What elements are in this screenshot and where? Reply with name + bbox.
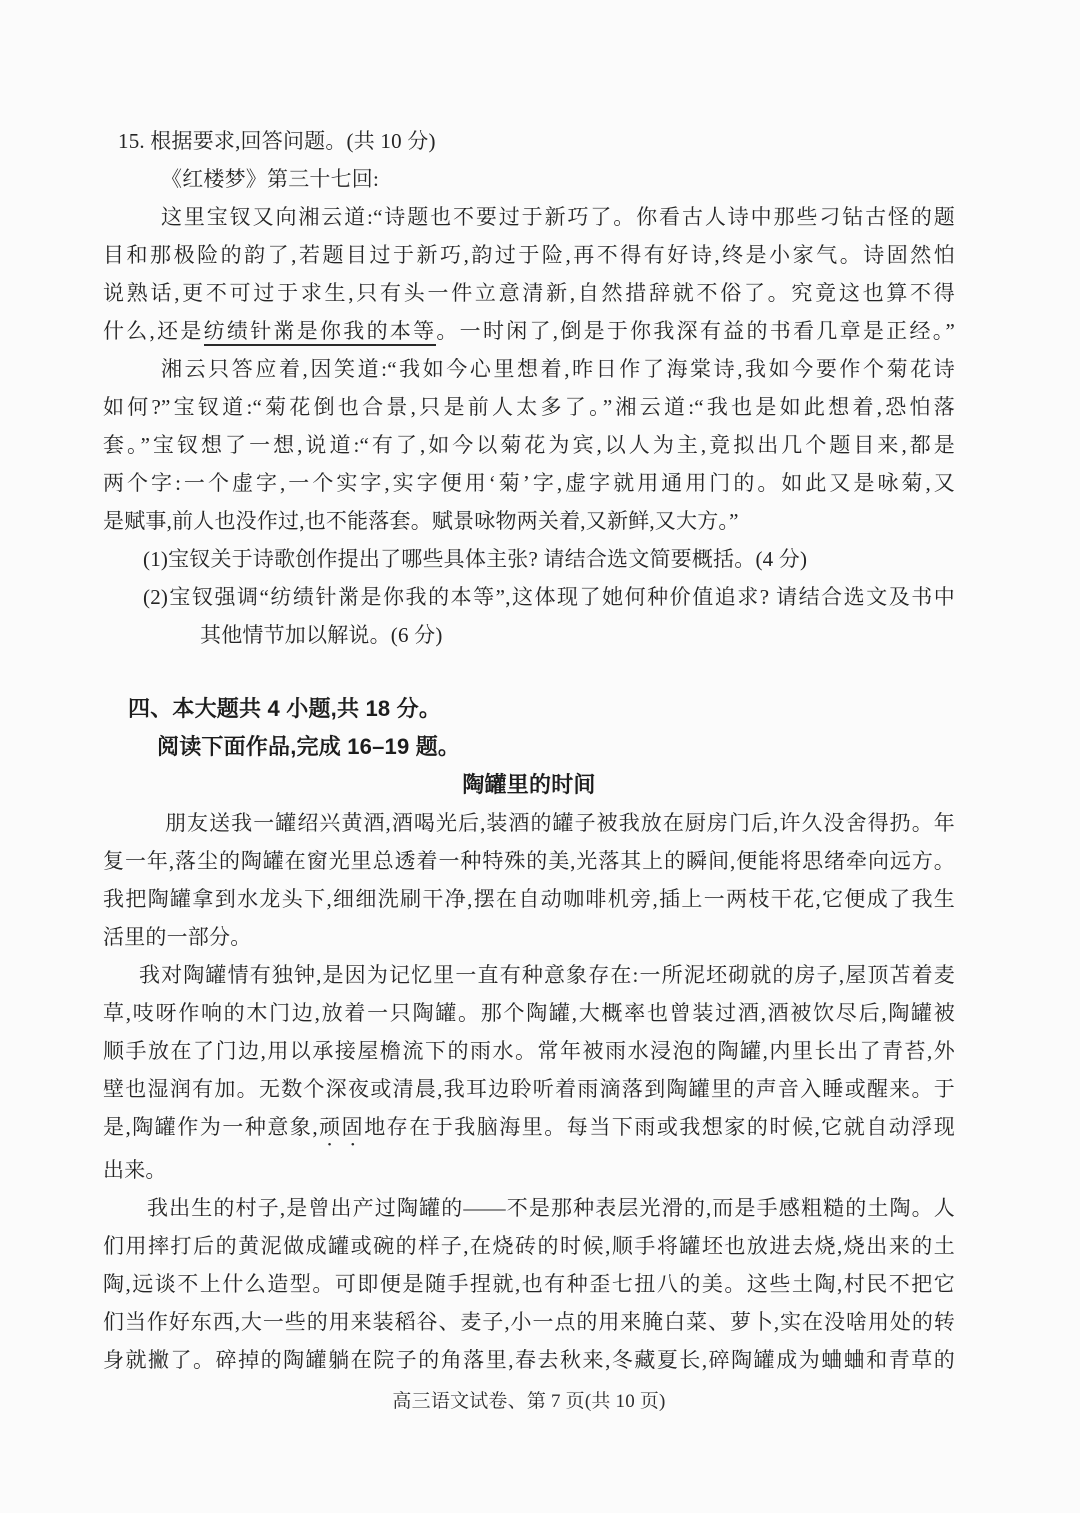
essay-para2-line: 我对陶罐情有独钟,是因为记忆里一直有种意象存在:一所泥坯砌就的房子,屋顶苫着麦 bbox=[103, 956, 955, 994]
essay-para1-line: 复一年,落尘的陶罐在窗光里总透着一种特殊的美,光落其上的瞬间,便能将思绪牵向远方… bbox=[103, 842, 955, 880]
question-15-sub2: (2)宝钗强调“纺绩针黹是你我的本等”,这体现了她何种价值追求? 请结合选文及书… bbox=[143, 578, 955, 616]
passage2-line: 两个字:一个虚字,一个实字,实字便用‘菊’字,虚字就用通用门的。如此又是咏菊,又 bbox=[103, 464, 955, 502]
essay-para1-line: 我把陶罐拿到水龙头下,细细洗刷干净,摆在自动咖啡机旁,插上一两枝干花,它便成了我… bbox=[103, 880, 955, 918]
essay-para2-line: 顺手放在了门边,用以承接屋檐流下的雨水。常年被雨水浸泡的陶罐,内里长出了青苔,外 bbox=[103, 1032, 955, 1070]
passage1-line: 什么,还是纺绩针黹是你我的本等。一时闲了,倒是于你我深有益的书看几章是正经。” bbox=[103, 312, 955, 350]
essay-para2-line: 出来。 bbox=[103, 1151, 955, 1189]
question-15-source: 《红楼梦》第三十七回: bbox=[103, 160, 955, 198]
exam-page: 15. 根据要求,回答问题。(共 10 分) 《红楼梦》第三十七回: 这里宝钗又… bbox=[0, 0, 1080, 1513]
essay-para2-line-post: 地存在于我脑海里。每当下雨或我想家的时候,它就自动浮现 bbox=[364, 1115, 955, 1139]
essay-para1-line: 活里的一部分。 bbox=[103, 918, 955, 956]
underlined-phrase: 纺绩针黹是你我的本等 bbox=[204, 319, 437, 346]
passage1-line-pre: 什么,还是 bbox=[103, 319, 204, 343]
essay-para2-line: 壁也湿润有加。无数个深夜或清晨,我耳边聆听着雨滴落到陶罐里的声音入睡或醒来。于 bbox=[103, 1070, 955, 1108]
passage2-line: 套。”宝钗想了一想,说道:“有了,如今以菊花为宾,以人为主,竟拟出几个题目来,都… bbox=[103, 426, 955, 464]
passage1-line: 目和那极险的韵了,若题目过于新巧,韵过于险,再不得有好诗,终是小家气。诗固然怕 bbox=[103, 236, 955, 274]
passage1-line: 这里宝钗又向湘云道:“诗题也不要过于新巧了。你看古人诗中那些刁钻古怪的题 bbox=[103, 198, 955, 236]
section-4-instruction: 阅读下面作品,完成 16–19 题。 bbox=[157, 728, 955, 766]
passage1-line-post: 。一时闲了,倒是于你我深有益的书看几章是正经。” bbox=[436, 319, 955, 343]
passage2-line: 如何?”宝钗道:“菊花倒也合景,只是前人太多了。”湘云道:“我也是如此想着,恐怕… bbox=[103, 388, 955, 426]
emphasis-dotted-phrase: 顽固 bbox=[318, 1115, 364, 1139]
essay-para3-line: 我出生的村子,是曾出产过陶罐的——不是那种表层光滑的,而是手感粗糙的土陶。人 bbox=[103, 1189, 955, 1227]
passage1-line: 说熟话,更不可过于求生,只有头一件立意清新,自然措辞就不俗了。究竟这也算不得 bbox=[103, 274, 955, 312]
page-footer: 高三语文试卷、第 7 页(共 10 页) bbox=[103, 1383, 955, 1421]
question-15-header: 15. 根据要求,回答问题。(共 10 分) bbox=[118, 122, 955, 160]
passage2-line: 湘云只答应着,因笑道:“我如今心里想着,昨日作了海棠诗,我如今要作个菊花诗 bbox=[103, 350, 955, 388]
essay-title: 陶罐里的时间 bbox=[103, 766, 955, 804]
essay-para1-line: 朋友送我一罐绍兴黄酒,酒喝光后,装酒的罐子被我放在厨房门后,许久没舍得扔。年 bbox=[103, 804, 955, 842]
passage2-line: 是赋事,前人也没作过,也不能落套。赋景咏物两关着,又新鲜,又大方。” bbox=[103, 502, 955, 540]
question-15-sub2-continued: 其他情节加以解说。(6 分) bbox=[200, 616, 955, 654]
question-15-sub1: (1)宝钗关于诗歌创作提出了哪些具体主张? 请结合选文简要概括。(4 分) bbox=[143, 540, 955, 578]
essay-para2-line: 是,陶罐作为一种意象,顽固地存在于我脑海里。每当下雨或我想家的时候,它就自动浮现 bbox=[103, 1108, 955, 1151]
section-4-heading: 四、本大题共 4 小题,共 18 分。 bbox=[128, 690, 955, 728]
essay-para2-line: 草,吱呀作响的木门边,放着一只陶罐。那个陶罐,大概率也曾装过酒,酒被饮尽后,陶罐… bbox=[103, 994, 955, 1032]
essay-para3-line: 们用摔打后的黄泥做成罐或碗的样子,在烧砖的时候,顺手将罐坯也放进去烧,烧出来的土 bbox=[103, 1227, 955, 1265]
essay-para3-line: 身就撇了。碎掉的陶罐躺在院子的角落里,春去秋来,冬藏夏长,碎陶罐成为蛐蛐和青草的 bbox=[103, 1341, 955, 1379]
essay-para2-line-pre: 是,陶罐作为一种意象, bbox=[103, 1115, 318, 1139]
essay-para3-line: 们当作好东西,大一些的用来装稻谷、麦子,小一点的用来腌白菜、萝卜,实在没啥用处的… bbox=[103, 1303, 955, 1341]
essay-para3-line: 陶,远谈不上什么造型。可即便是随手捏就,也有种歪七扭八的美。这些土陶,村民不把它 bbox=[103, 1265, 955, 1303]
